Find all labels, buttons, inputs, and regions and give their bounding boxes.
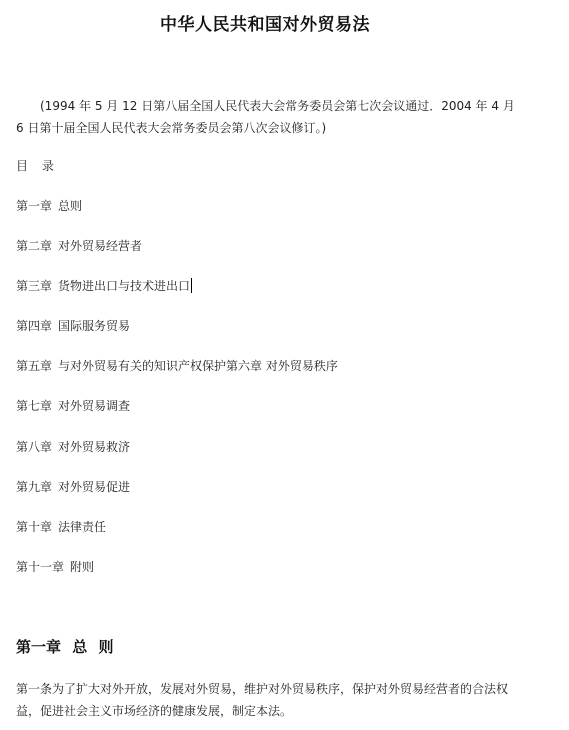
toc-item-number: 第三章: [16, 279, 52, 293]
toc-item: 第四章国际服务贸易: [16, 317, 130, 334]
toc-item-label: 国际服务贸易: [58, 319, 130, 333]
preamble-paragraph: (1994 年 5 月 12 日第八届全国人民代表大会常务委员会第七次会议通过．…: [16, 95, 521, 139]
toc-item-number: 第十一章: [16, 560, 64, 574]
toc-item-label: 对外贸易促进: [58, 480, 130, 494]
toc-item-number: 第一章: [16, 199, 52, 213]
toc-item-number: 第四章: [16, 319, 52, 333]
toc-item-number: 第二章: [16, 239, 52, 253]
text-cursor: [191, 278, 192, 293]
toc-item: 第五章与对外贸易有关的知识产权保护第六章 对外贸易秩序: [16, 357, 338, 374]
document-title: 中华人民共和国对外贸易法: [0, 10, 530, 35]
toc-item: 第十章法律责任: [16, 518, 106, 535]
toc-item: 第八章对外贸易救济: [16, 438, 130, 455]
toc-item: 第三章货物进出口与技术进出口: [16, 277, 192, 294]
toc-item-label: 对外贸易调查: [58, 399, 130, 413]
toc-item-label: 货物进出口与技术进出口: [58, 279, 190, 293]
toc-item-label: 法律责任: [58, 520, 106, 534]
toc-item-number: 第九章: [16, 480, 52, 494]
article-paragraph: 第一条为了扩大对外开放，发展对外贸易，维护对外贸易秩序，保护对外贸易经营者的合法…: [16, 678, 521, 722]
toc-item: 第九章对外贸易促进: [16, 478, 130, 495]
toc-item-label: 对外贸易经营者: [58, 239, 142, 253]
toc-item-number: 第七章: [16, 399, 52, 413]
toc-item-label: 附则: [70, 560, 94, 574]
toc-item: 第二章对外贸易经营者: [16, 237, 142, 254]
toc-item-label: 对外贸易救济: [58, 440, 130, 454]
toc-item-label: 与对外贸易有关的知识产权保护第六章 对外贸易秩序: [58, 359, 338, 373]
toc-item-number: 第五章: [16, 359, 52, 373]
toc-item: 第一章总则: [16, 197, 82, 214]
toc-item-number: 第八章: [16, 440, 52, 454]
toc-item: 第十一章附则: [16, 558, 94, 575]
toc-heading: 目 录: [16, 157, 54, 174]
toc-item: 第七章对外贸易调查: [16, 397, 130, 414]
chapter-heading: 第一章 总 则: [16, 636, 113, 657]
toc-item-number: 第十章: [16, 520, 52, 534]
toc-item-label: 总则: [58, 199, 82, 213]
